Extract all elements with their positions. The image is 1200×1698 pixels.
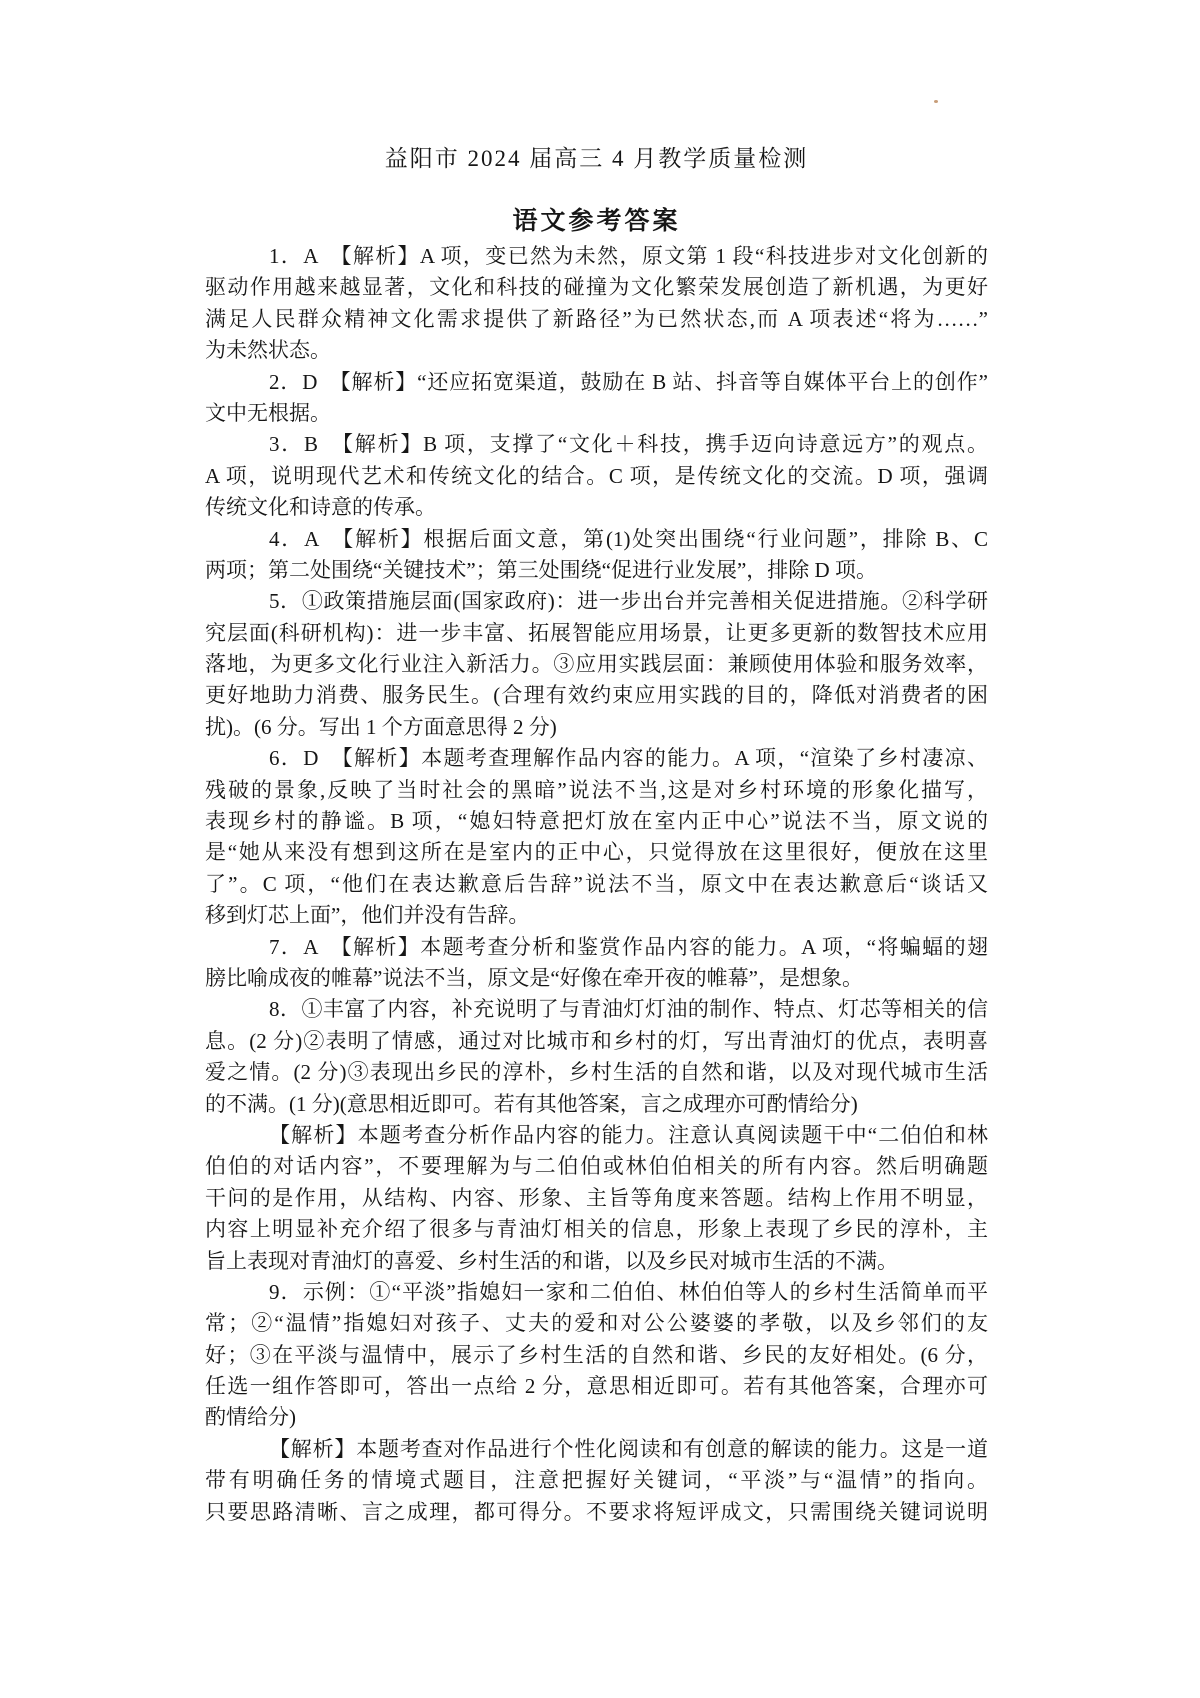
text-line: 了”。C 项，“他们在表达歉意后告辞”说法不当，原文中在表达歉意后“谈话又 bbox=[205, 869, 988, 900]
answer-paragraph-q8: 8．①丰富了内容，补充说明了与青油灯灯油的制作、特点、灯芯等相关的信息。(2 分… bbox=[205, 994, 988, 1120]
text-line: 好；③在平淡与温情中，展示了乡村生活的自然和谐、乡民的友好相处。(6 分， bbox=[205, 1340, 988, 1371]
document-page: 益阳市 2024 届高三 4 月教学质量检测 语文参考答案 1．A 【解析】A … bbox=[0, 0, 1200, 1698]
text-line: 膀比喻成夜的帷幕”说法不当，原文是“好像在牵开夜的帷幕”，是想象。 bbox=[205, 963, 988, 994]
answer-key-title: 语文参考答案 bbox=[205, 204, 988, 238]
answer-paragraph-q4: 4．A 【解析】根据后面文意，第(1)处突出围绕“行业问题”，排除 B、C两项；… bbox=[205, 524, 988, 587]
text-line: 【解析】本题考查分析作品内容的能力。注意认真阅读题干中“二伯伯和林 bbox=[205, 1120, 988, 1151]
answer-body: 1．A 【解析】A 项，变已然为未然，原文第 1 段“科技进步对文化创新的驱动作… bbox=[205, 241, 988, 1528]
text-line: 干问的是作用，从结构、内容、形象、主旨等角度来答题。结构上作用不明显， bbox=[205, 1183, 988, 1214]
text-line: 【解析】本题考查对作品进行个性化阅读和有创意的解读的能力。这是一道 bbox=[205, 1434, 988, 1465]
text-line: 任选一组作答即可，答出一点给 2 分，意思相近即可。若有其他答案，合理亦可 bbox=[205, 1371, 988, 1402]
text-line: 究层面(科研机构)：进一步丰富、拓展智能应用场景，让更多更新的数智技术应用 bbox=[205, 618, 988, 649]
text-line: 表现乡村的静谧。B 项，“媳妇特意把灯放在室内正中心”说法不当，原文说的 bbox=[205, 806, 988, 837]
text-line: 驱动作用越来越显著，文化和科技的碰撞为文化繁荣发展创造了新机遇，为更好 bbox=[205, 272, 988, 303]
answer-paragraph-q9: 9．示例：①“平淡”指媳妇一家和二伯伯、林伯伯等人的乡村生活简单而平常；②“温情… bbox=[205, 1277, 988, 1434]
answer-paragraph-q2: 2．D 【解析】“还应拓宽渠道，鼓励在 B 站、抖音等自媒体平台上的创作”文中无… bbox=[205, 367, 988, 430]
text-line: 酌情给分) bbox=[205, 1402, 988, 1433]
text-line: 9．示例：①“平淡”指媳妇一家和二伯伯、林伯伯等人的乡村生活简单而平 bbox=[205, 1277, 988, 1308]
text-line: 2．D 【解析】“还应拓宽渠道，鼓励在 B 站、抖音等自媒体平台上的创作” bbox=[205, 367, 988, 398]
scan-speck bbox=[934, 100, 938, 103]
text-line: 的不满。(1 分)(意思相近即可。若有其他答案，言之成理亦可酌情给分) bbox=[205, 1089, 988, 1120]
answer-paragraph-q9-analysis: 【解析】本题考查对作品进行个性化阅读和有创意的解读的能力。这是一道带有明确任务的… bbox=[205, 1434, 988, 1528]
text-line: 只要思路清晰、言之成理，都可得分。不要求将短评成文，只需围绕关键词说明 bbox=[205, 1497, 988, 1528]
answer-paragraph-q5: 5．①政策措施层面(国家政府)：进一步出台并完善相关促进措施。②科学研究层面(科… bbox=[205, 586, 988, 743]
text-line: A 项，说明现代艺术和传统文化的结合。C 项，是传统文化的交流。D 项，强调 bbox=[205, 461, 988, 492]
text-line: 旨上表现对青油灯的喜爱、乡村生活的和谐，以及乡民对城市生活的不满。 bbox=[205, 1246, 988, 1277]
text-line: 移到灯芯上面”，他们并没有告辞。 bbox=[205, 900, 988, 931]
answer-paragraph-q8-analysis: 【解析】本题考查分析作品内容的能力。注意认真阅读题干中“二伯伯和林伯伯的对话内容… bbox=[205, 1120, 988, 1277]
text-line: 满足人民群众精神文化需求提供了新路径”为已然状态,而 A 项表述“将为……” bbox=[205, 304, 988, 335]
text-line: 带有明确任务的情境式题目，注意把握好关键词，“平淡”与“温情”的指向。 bbox=[205, 1465, 988, 1496]
text-line: 更好地助力消费、服务民生。(合理有效约束应用实践的目的，降低对消费者的困 bbox=[205, 680, 988, 711]
text-line: 6．D 【解析】本题考查理解作品内容的能力。A 项，“渲染了乡村凄凉、 bbox=[205, 743, 988, 774]
text-line: 8．①丰富了内容，补充说明了与青油灯灯油的制作、特点、灯芯等相关的信 bbox=[205, 994, 988, 1025]
text-line: 常；②“温情”指媳妇对孩子、丈夫的爱和对公公婆婆的孝敬，以及乡邻们的友 bbox=[205, 1308, 988, 1339]
text-line: 是“她从来没有想到这所在是室内的正中心，只觉得放在这里很好，便放在这里 bbox=[205, 837, 988, 868]
exam-title: 益阳市 2024 届高三 4 月教学质量检测 bbox=[205, 144, 988, 174]
text-line: 残破的景象,反映了当时社会的黑暗”说法不当,这是对乡村环境的形象化描写， bbox=[205, 775, 988, 806]
text-line: 1．A 【解析】A 项，变已然为未然，原文第 1 段“科技进步对文化创新的 bbox=[205, 241, 988, 272]
answer-paragraph-q1: 1．A 【解析】A 项，变已然为未然，原文第 1 段“科技进步对文化创新的驱动作… bbox=[205, 241, 988, 367]
text-line: 两项；第二处围绕“关键技术”；第三处围绕“促进行业发展”，排除 D 项。 bbox=[205, 555, 988, 586]
answer-paragraph-q3: 3．B 【解析】B 项，支撑了“文化＋科技，携手迈向诗意远方”的观点。A 项，说… bbox=[205, 429, 988, 523]
text-line: 扰)。(6 分。写出 1 个方面意思得 2 分) bbox=[205, 712, 988, 743]
answer-paragraph-q6: 6．D 【解析】本题考查理解作品内容的能力。A 项，“渲染了乡村凄凉、残破的景象… bbox=[205, 743, 988, 931]
text-line: 文中无根据。 bbox=[205, 398, 988, 429]
text-line: 4．A 【解析】根据后面文意，第(1)处突出围绕“行业问题”，排除 B、C bbox=[205, 524, 988, 555]
text-line: 7．A 【解析】本题考查分析和鉴赏作品内容的能力。A 项，“将蝙蝠的翅 bbox=[205, 932, 988, 963]
text-line: 5．①政策措施层面(国家政府)：进一步出台并完善相关促进措施。②科学研 bbox=[205, 586, 988, 617]
text-line: 传统文化和诗意的传承。 bbox=[205, 492, 988, 523]
text-line: 内容上明显补充介绍了很多与青油灯相关的信息，形象上表现了乡民的淳朴，主 bbox=[205, 1214, 988, 1245]
text-line: 伯伯的对话内容”，不要理解为与二伯伯或林伯伯相关的所有内容。然后明确题 bbox=[205, 1151, 988, 1182]
text-line: 息。(2 分)②表明了情感，通过对比城市和乡村的灯，写出青油灯的优点，表明喜 bbox=[205, 1026, 988, 1057]
answer-paragraph-q7: 7．A 【解析】本题考查分析和鉴赏作品内容的能力。A 项，“将蝙蝠的翅膀比喻成夜… bbox=[205, 932, 988, 995]
text-line: 3．B 【解析】B 项，支撑了“文化＋科技，携手迈向诗意远方”的观点。 bbox=[205, 429, 988, 460]
text-line: 落地，为更多文化行业注入新活力。③应用实践层面：兼顾使用体验和服务效率， bbox=[205, 649, 988, 680]
text-line: 为未然状态。 bbox=[205, 335, 988, 366]
text-line: 爱之情。(2 分)③表现出乡民的淳朴，乡村生活的自然和谐，以及对现代城市生活 bbox=[205, 1057, 988, 1088]
